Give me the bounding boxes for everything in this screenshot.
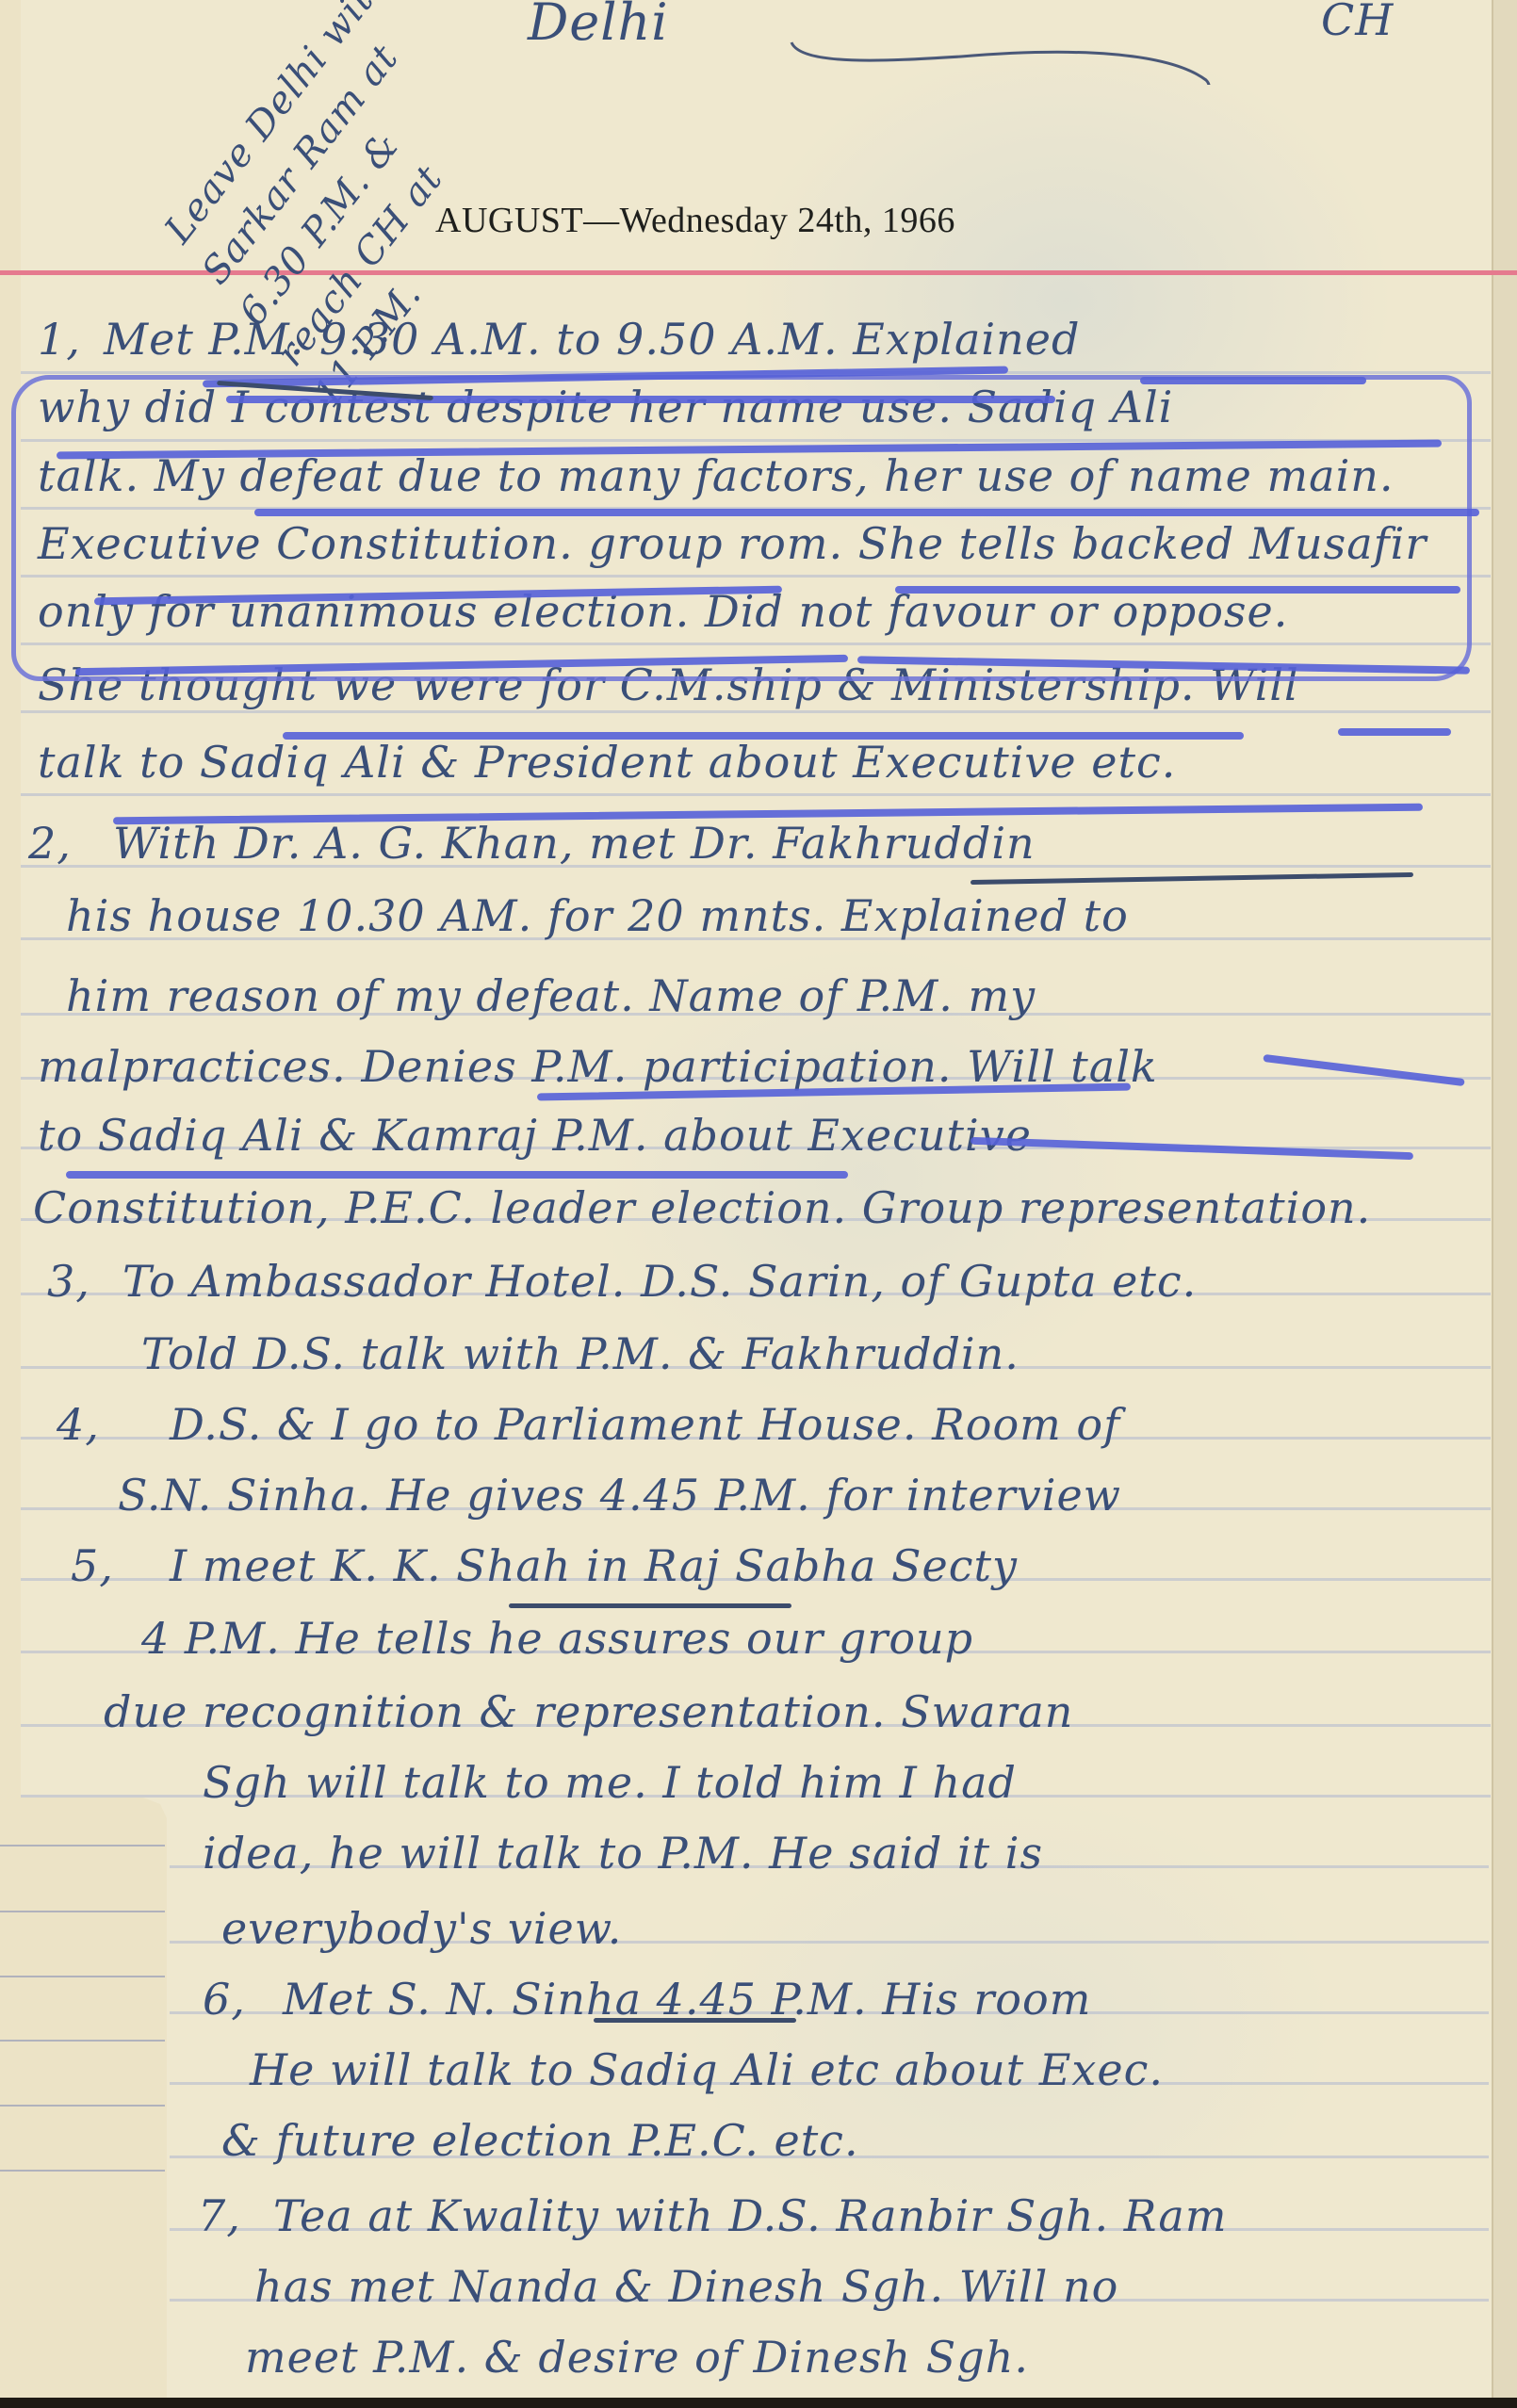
entry-line: due recognition & representation. Swaran [104,1686,1073,1737]
highlight-bracket [11,375,1472,681]
entry-line: everybody's view. [221,1903,622,1954]
book-edge-shadow [0,2398,1517,2408]
ruled-line [21,710,1491,713]
underlying-rule [0,1911,165,1912]
blue-underline [1140,377,1366,384]
entry-number: 6, [203,1974,246,2025]
ink-underline [509,1603,791,1608]
entry-line: has met Nanda & Dinesh Sgh. Will no [254,2261,1118,2312]
entry-line: talk to Sadiq Ali & President about Exec… [38,737,1176,788]
entry-line: Told D.S. talk with P.M. & Fakhruddin. [141,1328,1019,1379]
entry-line: Sgh will talk to me. I told him I had [203,1757,1017,1808]
entry-line: To Ambassador Hotel. D.S. Sarin, of Gupt… [122,1256,1197,1307]
entry-line: meet P.M. & desire of Dinesh Sgh. [245,2332,1029,2383]
entry-line: & future election P.E.C. etc. [221,2115,859,2166]
ink-underline [594,2018,796,2023]
blue-underline [254,509,1479,516]
entry-line: Met S. N. Sinha 4.45 P.M. His room [283,1974,1091,2025]
entry-line: Constitution, P.E.C. leader election. Gr… [33,1182,1371,1233]
place-label: Delhi [528,0,669,52]
entry-line: With Dr. A. G. Khan, met Dr. Fakhruddin [113,818,1036,869]
blue-underline [66,1171,848,1179]
underlying-rule [0,1976,165,1977]
entry-line: his house 10.30 AM. for 20 mnts. Explain… [66,890,1129,941]
entry-number: 5, [71,1540,114,1591]
entry-line: to Sadiq Ali & Kamraj P.M. about Executi… [38,1110,1032,1161]
blue-underline [283,732,1244,740]
entry-number: 3, [47,1256,90,1307]
flourish-line [773,28,1244,85]
corner-mark: CH [1321,0,1394,45]
entry-line: Met P.M. 9.30 A.M. to 9.50 A.M. Explaine… [104,314,1080,365]
entry-line: him reason of my defeat. Name of P.M. my [66,970,1036,1021]
ruled-line [21,793,1491,796]
entry-number: 7, [198,2190,241,2241]
entry-number: 1, [38,314,81,365]
entry-line: I meet K. K. Shah in Raj Sabha Secty [170,1540,1018,1591]
entry-line: D.S. & I go to Parliament House. Room of [170,1399,1120,1450]
printed-date-header: AUGUST—Wednesday 24th, 1966 [435,200,955,241]
entry-number: 2, [28,818,72,869]
entry-line: malpractices. Denies P.M. participation.… [38,1041,1158,1092]
entry-line: idea, he will talk to P.M. He said it is [203,1828,1043,1879]
blue-underline [1338,728,1451,736]
entry-line: He will talk to Sadiq Ali etc about Exec… [250,2044,1164,2095]
entry-line: S.N. Sinha. He gives 4.45 P.M. for inter… [118,1470,1121,1521]
entry-number: 4, [57,1399,100,1450]
underlying-rule [0,2105,165,2107]
underlying-rule [0,2170,165,2172]
entry-line: 4 P.M. He tells he assures our group [141,1613,973,1664]
underlying-rule [0,1845,165,1847]
page-edge [1492,0,1517,2398]
blue-underline [226,396,1055,403]
blue-underline [895,586,1460,594]
underlying-rule [0,2040,165,2042]
entry-line: Tea at Kwality with D.S. Ranbir Sgh. Ram [273,2190,1227,2241]
